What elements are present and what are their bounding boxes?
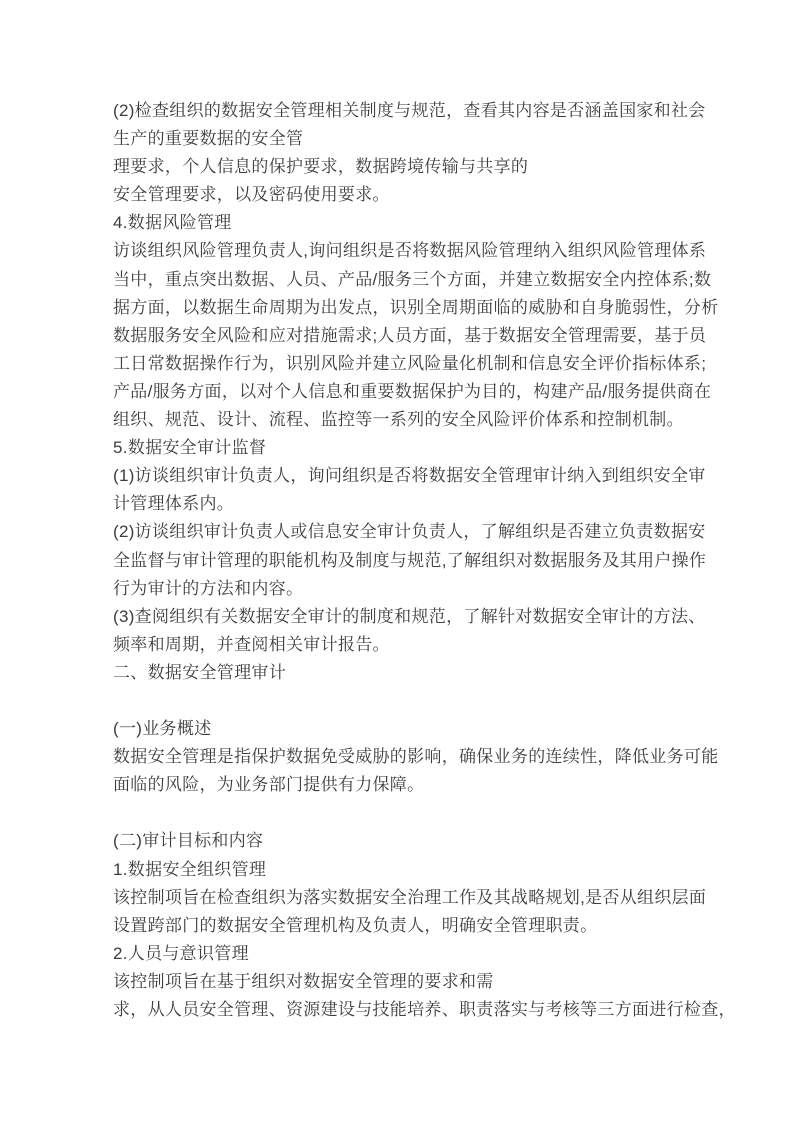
text-line-16: (2)访谈组织审计负责人或信息安全审计负责人，了解组织是否建立负责数据安 [113,518,713,546]
text-line-12: 组织、规范、设计、流程、监控等一系列的安全风险评价体系和控制机制。 [113,406,713,434]
text-line-6: 访谈组织风险管理负责人,询问组织是否将数据风险管理纳入组织风险管理体系 [113,237,713,265]
text-line-20: 频率和周期，并查阅相关审计报告。 [113,631,713,659]
text-line-21: 二、数据安全管理审计 [113,659,713,687]
text-line-28: 1.数据安全组织管理 [113,856,713,884]
text-line-10: 工日常数据操作行为，识别风险并建立风险量化机制和信息安全评价指标体系; [113,350,713,378]
text-line-18: 行为审计的方法和内容。 [113,575,713,603]
text-line-33: 求，从人员安全管理、资源建设与技能培养、职责落实与考核等三方面进行检查， [113,996,713,1024]
text-line-15: 计管理体系内。 [113,490,713,518]
text-line-2: 生产的重要数据的安全管 [113,125,713,153]
text-line-1: (2)检查组织的数据安全管理相关制度与规范，查看其内容是否涵盖国家和社会 [113,97,713,125]
text-line-23: (一)业务概述 [113,715,713,743]
text-line-17: 全监督与审计管理的职能机构及制度与规范,了解组织对数据服务及其用户操作 [113,547,713,575]
text-line-31: 2.人员与意识管理 [113,940,713,968]
document-page: (2)检查组织的数据安全管理相关制度与规范，查看其内容是否涵盖国家和社会生产的重… [0,0,793,1122]
text-line-8: 据方面，以数据生命周期为出发点，识别全周期面临的威胁和自身脆弱性，分析 [113,294,713,322]
text-line-13: 5.数据安全审计监督 [113,434,713,462]
text-line-3: 理要求，个人信息的保护要求，数据跨境传输与共享的 [113,153,713,181]
text-line-25: 面临的风险，为业务部门提供有力保障。 [113,771,713,799]
text-line-29: 该控制项旨在检查组织为落实数据安全治理工作及其战略规划,是否从组织层面 [113,884,713,912]
text-line-9: 数据服务安全风险和应对措施需求;人员方面，基于数据安全管理需要，基于员 [113,322,713,350]
text-line-32: 该控制项旨在基于组织对数据安全管理的要求和需 [113,968,713,996]
text-line-24: 数据安全管理是指保护数据免受威胁的影响，确保业务的连续性，降低业务可能 [113,743,713,771]
text-line-7: 当中，重点突出数据、人员、产品/服务三个方面，并建立数据安全内控体系;数 [113,266,713,294]
text-line-22 [113,687,713,715]
text-line-14: (1)访谈组织审计负责人，询问组织是否将数据安全管理审计纳入到组织安全审 [113,462,713,490]
text-line-19: (3)查阅组织有关数据安全审计的制度和规范，了解针对数据安全审计的方法、 [113,603,713,631]
text-line-26 [113,799,713,827]
text-line-11: 产品/服务方面，以对个人信息和重要数据保护为目的，构建产品/服务提供商在 [113,378,713,406]
text-line-4: 安全管理要求，以及密码使用要求。 [113,181,713,209]
text-line-30: 设置跨部门的数据安全管理机构及负责人，明确安全管理职责。 [113,912,713,940]
text-line-5: 4.数据风险管理 [113,209,713,237]
text-line-27: (二)审计目标和内容 [113,827,713,855]
document-body: (2)检查组织的数据安全管理相关制度与规范，查看其内容是否涵盖国家和社会生产的重… [113,97,713,1024]
